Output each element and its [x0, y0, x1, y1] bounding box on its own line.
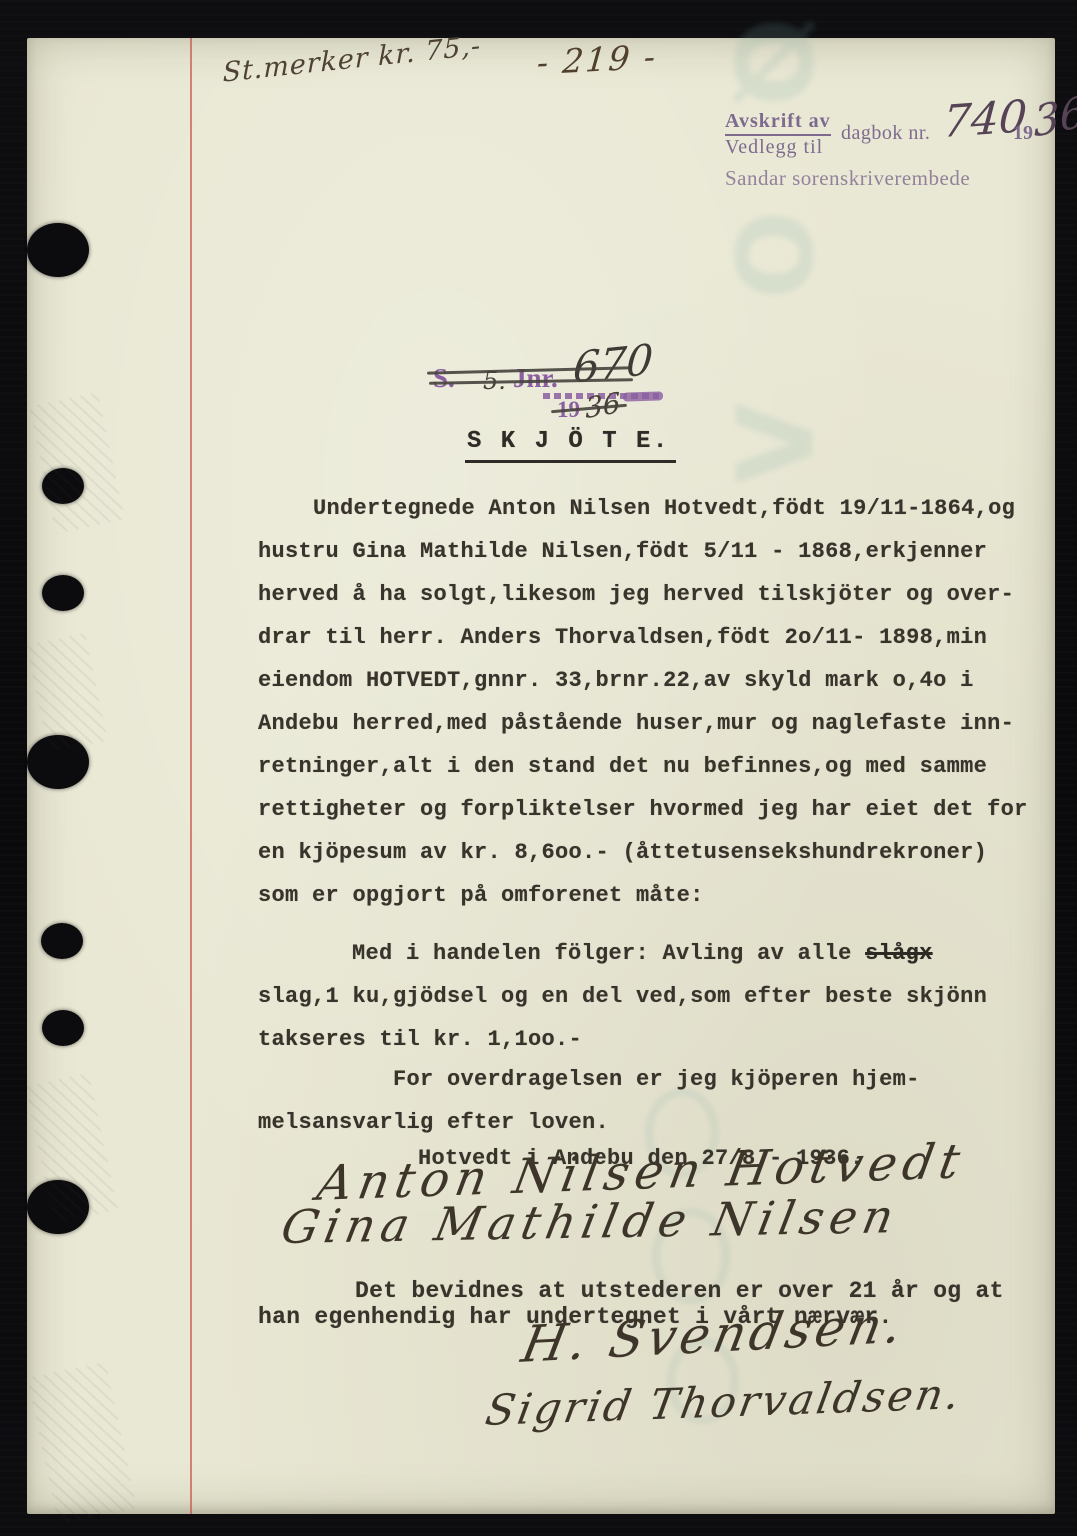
body-line-text: Med i handelen fölger: Avling av alle	[352, 941, 865, 966]
signature-seller-2: Gina Mathilde Nilsen	[277, 1189, 904, 1254]
typed-over-word: slågx	[865, 941, 933, 966]
body-line: takseres til kr. 1,1oo.-	[258, 1027, 582, 1052]
punch-hole	[27, 223, 89, 277]
copy-stamp: Avskrift av Vedlegg til dagbok nr. 740 1…	[725, 108, 1055, 208]
body-line: hustru Gina Mathilde Nilsen,födt 5/11 - …	[258, 539, 987, 564]
body-line: For overdragelsen er jeg kjöperen hjem-	[393, 1067, 920, 1092]
journal-stamp: S. 5. Jnr. 670 19 36	[427, 343, 687, 428]
punch-hole	[42, 1010, 84, 1046]
page-number: - 219 -	[535, 37, 659, 83]
scanned-document: Ø O V St.merker kr. 75,- - 219 - Avskrif…	[0, 0, 1077, 1536]
stamp-duty-note: St.merker kr. 75,-	[223, 30, 481, 88]
pencil-scribble	[26, 633, 108, 753]
paper-sheet: Ø O V St.merker kr. 75,- - 219 - Avskrif…	[27, 38, 1055, 1514]
body-line: slag,1 ku,gjödsel og en del ved,som efte…	[258, 984, 987, 1009]
body-line: retninger,alt i den stand det nu befinne…	[258, 754, 987, 779]
pencil-scribble	[27, 1361, 136, 1524]
body-line: eiendom HOTVEDT,gnnr. 33,brnr.22,av skyl…	[258, 668, 974, 693]
body-line: Undertegnede Anton Nilsen Hotvedt,födt 1…	[313, 496, 1015, 521]
body-line: Med i handelen fölger: Avling av alle sl…	[352, 941, 933, 966]
copy-stamp-vedlegg: Vedlegg til	[725, 136, 823, 159]
copy-stamp-dagbok-label: dagbok nr.	[841, 122, 930, 145]
body-line: herved å ha solgt,likesom jeg herved til…	[258, 582, 1014, 607]
body-line: melsansvarlig efter loven.	[258, 1110, 609, 1135]
body-line: rettigheter og forpliktelser hvormed jeg…	[258, 797, 1028, 822]
document-title: S K J Ö T E.	[465, 428, 676, 463]
margin-rule	[190, 38, 192, 1514]
copy-stamp-year-printed: 19	[1013, 122, 1033, 145]
journal-stamp-prefix: S.	[433, 363, 455, 394]
body-line: Andebu herred,med påstående huser,mur og…	[258, 711, 1014, 736]
body-line: en kjöpesum av kr. 8,6oo.- (åttetusensek…	[258, 840, 987, 865]
copy-stamp-avskrift: Avskrift av	[725, 110, 831, 136]
punch-hole	[41, 923, 83, 959]
signature-witness-2: Sigrid Thorvaldsen.	[482, 1369, 967, 1435]
journal-stamp-ink-smudge	[623, 391, 663, 401]
journal-number-handwritten: 670	[571, 334, 654, 392]
punch-hole	[42, 575, 84, 611]
year-handwritten: 36	[1033, 86, 1077, 147]
body-line: drar til herr. Anders Thorvaldsen,födt 2…	[258, 625, 987, 650]
body-line: som er opgjort på omforenet måte:	[258, 883, 704, 908]
pencil-scribble	[29, 392, 124, 534]
copy-stamp-office: Sandar sorenskriverembede	[725, 166, 970, 191]
